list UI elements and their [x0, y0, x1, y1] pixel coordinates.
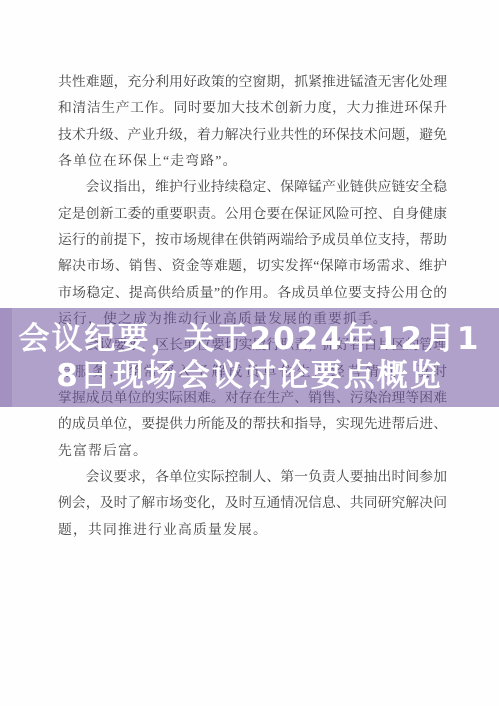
banner-title-line-2: 8日现场会议讨论要点概览	[56, 358, 443, 395]
doc-line: 运行的前提下，按市场规律在供销两端给予成员单位支持，帮助	[58, 227, 447, 253]
doc-line: 定是创新工委的重要职责。公用仓要在保证风险可控、自身健康	[58, 201, 447, 227]
doc-line: 会议要求，各单位实际控制人、第一负责人要抽出时间参加	[58, 464, 447, 490]
doc-line: 共性难题，充分利用好政策的空窗期，抓紧推进锰渣无害化处理	[58, 69, 447, 95]
document-body: 共性难题，充分利用好政策的空窗期，抓紧推进锰渣无害化处理和清洁生产工作。同时要加…	[58, 69, 447, 543]
banner-title-line-1: 会议纪要，关于2024年12月1	[19, 321, 481, 358]
doc-line: 市场稳定、提高供给质量”的作用。各成员单位要支持公用仓的	[58, 280, 447, 306]
doc-line: 例会，及时了解市场变化，及时互通情况信息、共同研究解决问	[58, 490, 447, 516]
doc-line: 的成员单位，要提供力所能及的帮扶和指导，实现先进帮后进、	[58, 411, 447, 437]
document-page: 共性难题，充分利用好政策的空窗期，抓紧推进锰渣无害化处理和清洁生产工作。同时要加…	[0, 0, 499, 706]
doc-line: 技术升级、产业升级，着力解决行业共性的环保技术问题，避免	[58, 122, 447, 148]
doc-line: 解决市场、销售、资金等难题，切实发挥“保障市场需求、维护	[58, 253, 447, 279]
doc-line: 和清洁生产工作。同时要加大技术创新力度，大力推进环保升级、	[58, 95, 447, 121]
doc-line: 各单位在环保上“走弯路”。	[58, 148, 447, 174]
doc-line: 先富帮后富。	[58, 438, 447, 464]
doc-line: 题，共同推进行业高质量发展。	[58, 517, 447, 543]
title-overlay-banner: 会议纪要，关于2024年12月1 8日现场会议讨论要点概览	[0, 308, 499, 407]
doc-line: 会议指出，维护行业持续稳定、保障锰产业链供应链安全稳	[58, 174, 447, 200]
